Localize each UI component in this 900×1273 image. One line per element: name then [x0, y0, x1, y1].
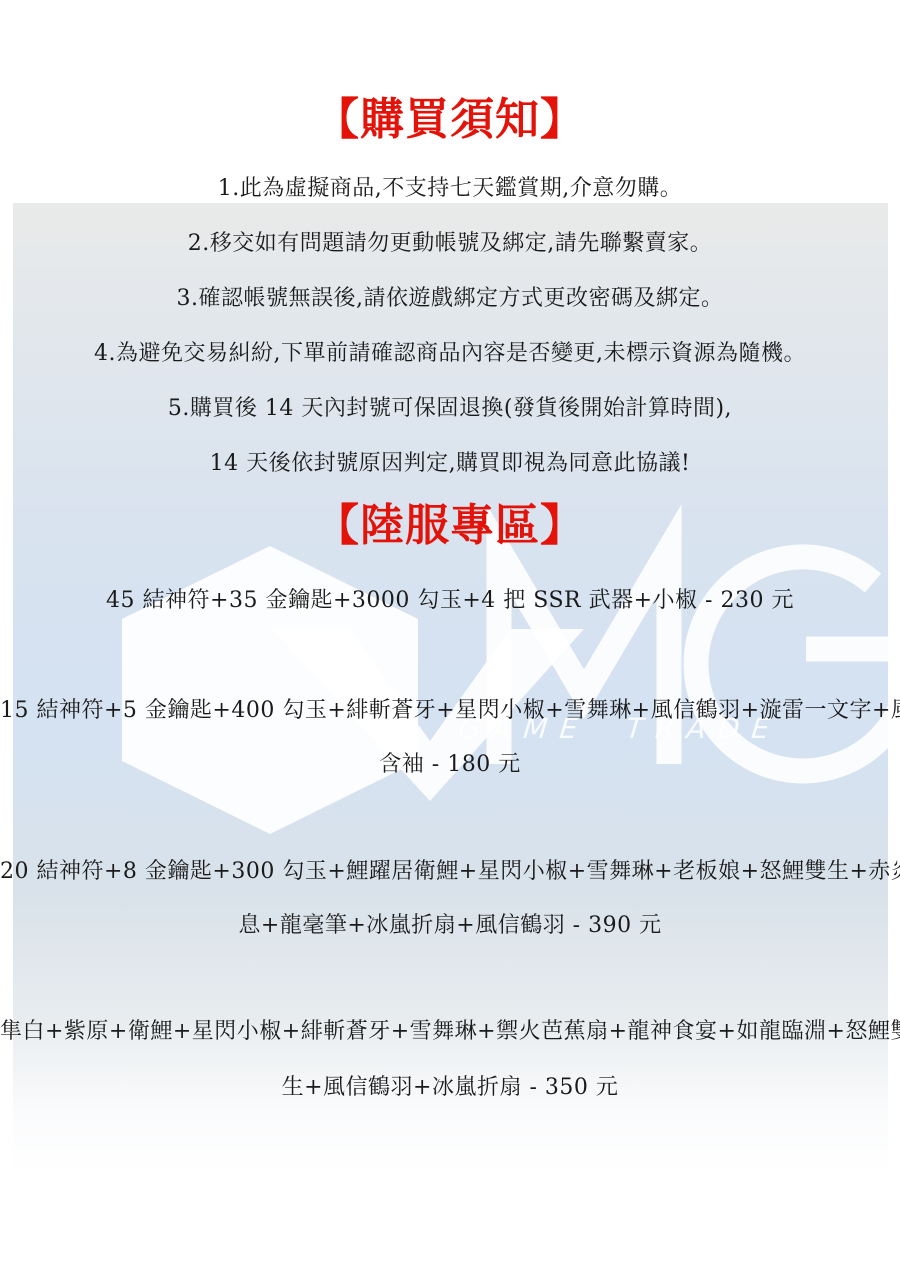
listing-2-line-2: 含袖 - 180 元 [0, 749, 900, 780]
notice-line-5: 5.購買後 14 天內封號可保固退換(發貨後開始計算時間), [0, 393, 900, 424]
notice-line-1: 1.此為虛擬商品,不支持七天鑑賞期,介意勿購。 [0, 173, 900, 204]
section-title: 【陸服專區】 [0, 501, 900, 551]
listing-2-line-1: 15 結神符+5 金鑰匙+400 勾玉+緋斬蒼牙+星閃小椒+雪舞琳+風信鶴羽+漩… [0, 695, 900, 726]
notice-title: 【購買須知】 [0, 95, 900, 145]
notice-line-4: 4.為避免交易糾紛,下單前請確認商品內容是否變更,未標示資源為隨機。 [0, 338, 900, 369]
listing-1-line-1: 45 結神符+35 金鑰匙+3000 勾玉+4 把 SSR 武器+小椒 - 23… [0, 585, 900, 616]
listing-4-line-1: 隼白+紫原+衛鯉+星閃小椒+緋斬蒼牙+雪舞琳+禦火芭蕉扇+龍神食宴+如龍臨淵+怒… [0, 1016, 900, 1047]
listing-4-line-2: 生+風信鶴羽+冰嵐折扇 - 350 元 [0, 1072, 900, 1103]
promo-page: GAME TRADE 【購買須知】 1.此為虛擬商品,不支持七天鑑賞期,介意勿購… [0, 0, 900, 1273]
notice-line-3: 3.確認帳號無誤後,請依遊戲綁定方式更改密碼及綁定。 [0, 283, 900, 314]
listing-3-line-2: 息+龍毫筆+冰嵐折扇+風信鶴羽 - 390 元 [0, 910, 900, 941]
notice-line-2: 2.移交如有問題請勿更動帳號及綁定,請先聯繫賣家。 [0, 228, 900, 259]
listing-3-line-1: 20 結神符+8 金鑰匙+300 勾玉+鯉躍居衛鯉+星閃小椒+雪舞琳+老板娘+怒… [0, 856, 900, 887]
notice-line-5-cont: 14 天後依封號原因判定,購買即視為同意此協議! [0, 448, 900, 479]
